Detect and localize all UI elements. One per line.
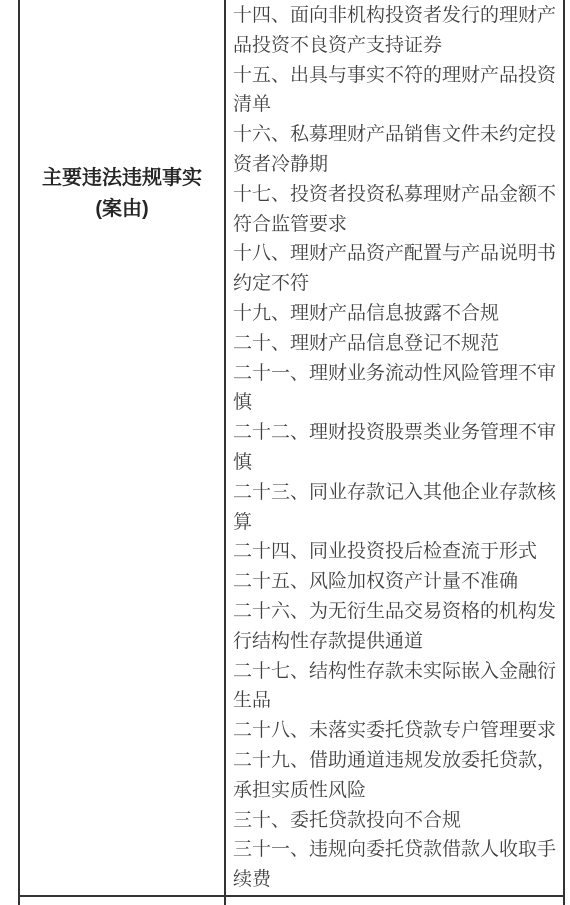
violation-item: 二十六、为无衍生品交易资格的机构发行结构性存款提供通道 [233,597,563,657]
row-header-cell: 主要违法违规事实 (案由) [18,0,226,895]
violation-item: 十四、面向非机构投资者发行的理财产品投资不良资产支持证券 [233,1,563,61]
violation-item: 三十、委托贷款投向不合规 [233,806,563,836]
row-header-label-line1: 主要违法违规事实 [20,163,224,194]
violations-table-row: 主要违法违规事实 (案由) 十四、面向非机构投资者发行的理财产品投资不良资产支持… [18,0,565,897]
violation-item: 十九、理财产品信息披露不合规 [233,299,563,329]
violation-item: 二十三、同业存款记入其他企业存款核算 [233,478,563,538]
violations-list-cell: 十四、面向非机构投资者发行的理财产品投资不良资产支持证券 十五、出具与事实不符的… [226,0,565,895]
violation-item: 二十九、借助通道违规发放委托贷款，承担实质性风险 [233,746,563,806]
violation-item: 二十八、未落实委托贷款专户管理要求 [233,716,563,746]
violation-item: 十五、出具与事实不符的理财产品投资清单 [233,61,563,121]
violation-item: 二十二、理财投资股票类业务管理不审慎 [233,418,563,478]
next-row-right-cell [226,897,565,905]
next-table-row-start [18,897,565,905]
row-header-label: 主要违法违规事实 (案由) [20,0,224,225]
violation-item: 二十四、同业投资投后检查流于形式 [233,537,563,567]
next-row-left-cell [18,897,226,905]
violation-item: 二十、理财产品信息登记不规范 [233,329,563,359]
row-header-label-line2: (案由) [20,194,224,225]
violation-item: 三十一、违规向委托贷款借款人收取手续费 [233,835,563,895]
violation-item: 十七、投资者投资私募理财产品金额不符合监管要求 [233,180,563,240]
violation-item: 二十五、风险加权资产计量不准确 [233,567,563,597]
document-page: 主要违法违规事实 (案由) 十四、面向非机构投资者发行的理财产品投资不良资产支持… [0,0,570,905]
violation-item: 十六、私募理财产品销售文件未约定投资者冷静期 [233,120,563,180]
violation-item: 二十七、结构性存款未实际嵌入金融衍生品 [233,657,563,717]
violation-item: 二十一、理财业务流动性风险管理不审慎 [233,359,563,419]
violation-item: 十八、理财产品资产配置与产品说明书约定不符 [233,239,563,299]
